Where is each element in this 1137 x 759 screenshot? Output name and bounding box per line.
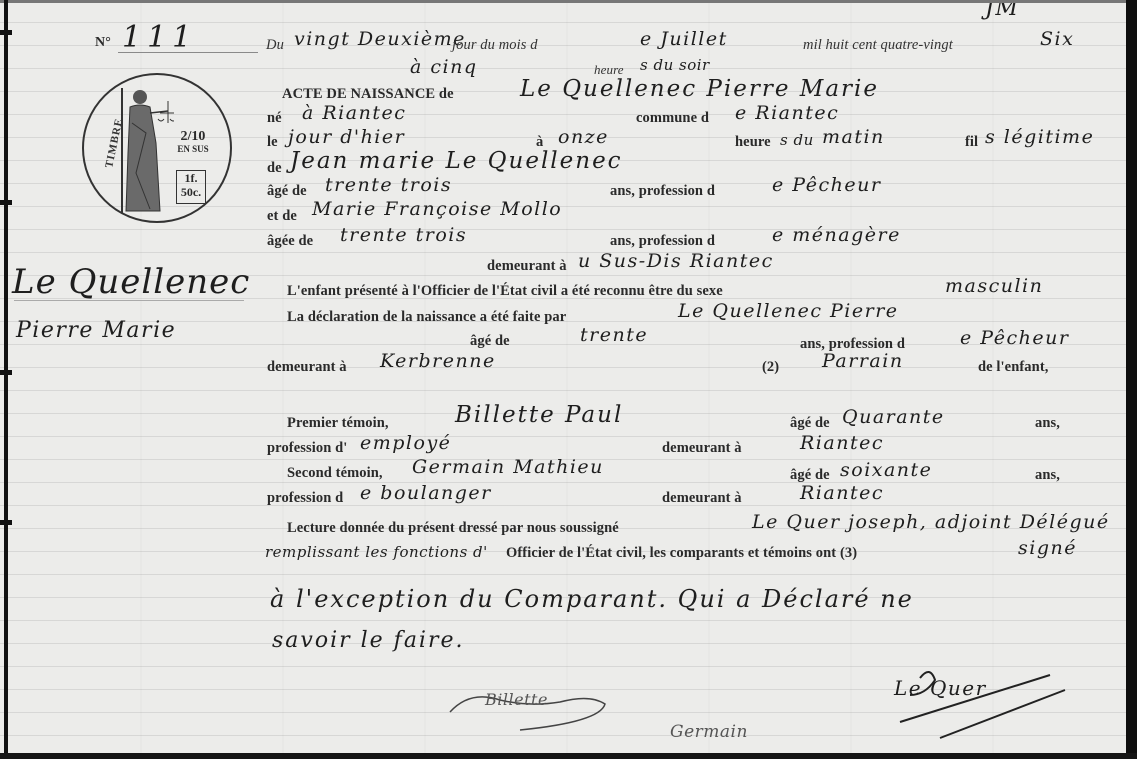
second-witness-name: Germain Mathieu bbox=[412, 456, 604, 478]
form-text: ans, profession d bbox=[610, 233, 715, 250]
signature-witness-1: Billette bbox=[440, 682, 640, 736]
child-name: Le Quellenec Pierre Marie bbox=[520, 76, 879, 102]
form-text: Premier témoin, bbox=[287, 415, 389, 432]
legitimacy: s légitime bbox=[985, 126, 1094, 148]
form-text: profession d bbox=[267, 490, 343, 507]
birth-day-relative: jour d'hier bbox=[288, 126, 405, 148]
stamp-price: 1f. 50c. bbox=[176, 170, 206, 204]
father-age: trente trois bbox=[325, 174, 452, 196]
exception-note: à l'exception du Comparant. Qui a Déclar… bbox=[270, 585, 914, 613]
form-text: Du bbox=[266, 37, 284, 54]
stamp-surtax: 2/10 EN SUS bbox=[176, 130, 210, 166]
form-text: âgé de bbox=[470, 333, 510, 350]
form-text: ans, profession d bbox=[610, 183, 715, 200]
record-number-underline bbox=[118, 52, 258, 53]
second-witness-age: soixante bbox=[840, 459, 932, 481]
form-text: ans, bbox=[1035, 415, 1060, 432]
first-witness-name: Billette Paul bbox=[455, 402, 623, 428]
stamp-surtax-value: 2/10 bbox=[176, 130, 210, 143]
scan-right-edge bbox=[1126, 0, 1137, 759]
mother-age: trente trois bbox=[340, 224, 467, 246]
child-sex: masculin bbox=[945, 275, 1043, 297]
document-page: N° 111 JM TIMBRE 2/10 EN SUS 1f. 50c. Le… bbox=[0, 0, 1126, 753]
margin-tick bbox=[0, 370, 12, 375]
scan-bottom-edge bbox=[0, 753, 1137, 759]
fiscal-stamp: TIMBRE 2/10 EN SUS 1f. 50c. bbox=[82, 73, 232, 223]
birth-place: à Riantec bbox=[302, 102, 406, 124]
record-number-label: N° bbox=[95, 35, 111, 51]
declarant-profession: e Pêcheur bbox=[960, 327, 1069, 349]
margin-tick bbox=[0, 30, 12, 35]
birth-day: vingt Deuxième bbox=[294, 28, 466, 50]
signature-officer: Le Quer bbox=[880, 660, 1070, 744]
signature-text: Billette bbox=[485, 690, 548, 709]
form-text-hand: s du bbox=[780, 131, 814, 149]
form-text: fil bbox=[965, 134, 978, 151]
form-text: de l'enfant, bbox=[978, 359, 1048, 376]
first-witness-profession: employé bbox=[360, 432, 451, 454]
stamp-surtax-label: EN SUS bbox=[176, 143, 210, 156]
margin-tick bbox=[0, 200, 12, 205]
form-text: demeurant à bbox=[267, 359, 347, 376]
form-text: demeurant à bbox=[487, 258, 567, 275]
form-text: jour du mois d bbox=[452, 37, 538, 54]
form-text: profession d' bbox=[267, 440, 347, 457]
margin-tick bbox=[0, 520, 12, 525]
declarant-age: trente bbox=[580, 324, 648, 346]
birth-commune: e Riantec bbox=[735, 102, 839, 124]
declarant-relation: Parrain bbox=[822, 350, 904, 372]
form-text: âgée de bbox=[267, 233, 313, 250]
form-text: heure bbox=[735, 134, 771, 151]
form-text: commune d bbox=[636, 110, 709, 127]
mother-profession: e ménagère bbox=[772, 224, 901, 246]
first-witness-residence: Riantec bbox=[800, 432, 884, 454]
officer-name: Le Quer joseph, adjoint Délégué bbox=[752, 511, 1110, 533]
birth-hour-2: onze bbox=[558, 126, 609, 148]
birth-year-suffix: Six bbox=[1040, 28, 1074, 50]
form-text: demeurant à bbox=[662, 440, 742, 457]
form-text: demeurant à bbox=[662, 490, 742, 507]
birth-time-of-day: s du soir bbox=[640, 56, 710, 74]
margin-rule bbox=[4, 0, 8, 759]
form-text: mil huit cent quatre-vingt bbox=[803, 37, 953, 54]
birth-month: e Juillet bbox=[640, 28, 728, 50]
signature-flourish-icon bbox=[880, 660, 1070, 740]
signature-text: Le Quer bbox=[894, 676, 987, 700]
parents-residence: u Sus-Dis Riantec bbox=[578, 250, 774, 272]
record-number: 111 bbox=[122, 20, 197, 55]
form-text: le bbox=[267, 134, 278, 151]
form-text: âgé de bbox=[790, 415, 830, 432]
declarant-name: Le Quellenec Pierre bbox=[678, 300, 899, 322]
paraph-initials: JM bbox=[985, 0, 1019, 21]
justice-figure-icon bbox=[116, 83, 174, 215]
form-text: L'enfant présenté à l'Officier de l'État… bbox=[287, 283, 723, 300]
form-text: de bbox=[267, 160, 282, 177]
signing-status: signé bbox=[1018, 537, 1077, 559]
father-profession: e Pêcheur bbox=[772, 174, 881, 196]
second-witness-profession: e boulanger bbox=[360, 482, 492, 504]
form-text: ans, bbox=[1035, 467, 1060, 484]
form-text: né bbox=[267, 110, 282, 127]
mother-name: Marie Françoise Mollo bbox=[312, 198, 562, 220]
declarant-residence: Kerbrenne bbox=[380, 350, 496, 372]
form-text: âgé de bbox=[267, 183, 307, 200]
father-name: Jean marie Le Quellenec bbox=[290, 148, 623, 174]
act-title: ACTE DE NAISSANCE de bbox=[282, 86, 454, 103]
officer-capacity: remplissant les fonctions d' bbox=[265, 543, 488, 561]
birth-hour: à cinq bbox=[410, 56, 477, 78]
first-witness-age: Quarante bbox=[842, 406, 945, 428]
stamp-price-centimes: 50c. bbox=[177, 185, 205, 199]
signature-witness-2: Germain bbox=[670, 722, 748, 742]
margin-underline bbox=[14, 300, 244, 301]
form-text: et de bbox=[267, 208, 297, 225]
form-text: La déclaration de la naissance a été fai… bbox=[287, 309, 566, 326]
second-witness-residence: Riantec bbox=[800, 482, 884, 504]
exception-note-end: savoir le faire. bbox=[272, 628, 465, 653]
birth-time-of-day-2: matin bbox=[822, 126, 885, 148]
margin-surname: Le Quellenec bbox=[12, 262, 250, 302]
form-text: Officier de l'État civil, les comparants… bbox=[506, 545, 857, 562]
form-text: Lecture donnée du présent dressé par nou… bbox=[287, 520, 619, 537]
stamp-price-francs: 1f. bbox=[177, 171, 205, 185]
scan-top-edge bbox=[0, 0, 1137, 3]
margin-given-names: Pierre Marie bbox=[16, 318, 176, 343]
form-text: Second témoin, bbox=[287, 465, 383, 482]
footnote-ref: (2) bbox=[762, 359, 779, 376]
